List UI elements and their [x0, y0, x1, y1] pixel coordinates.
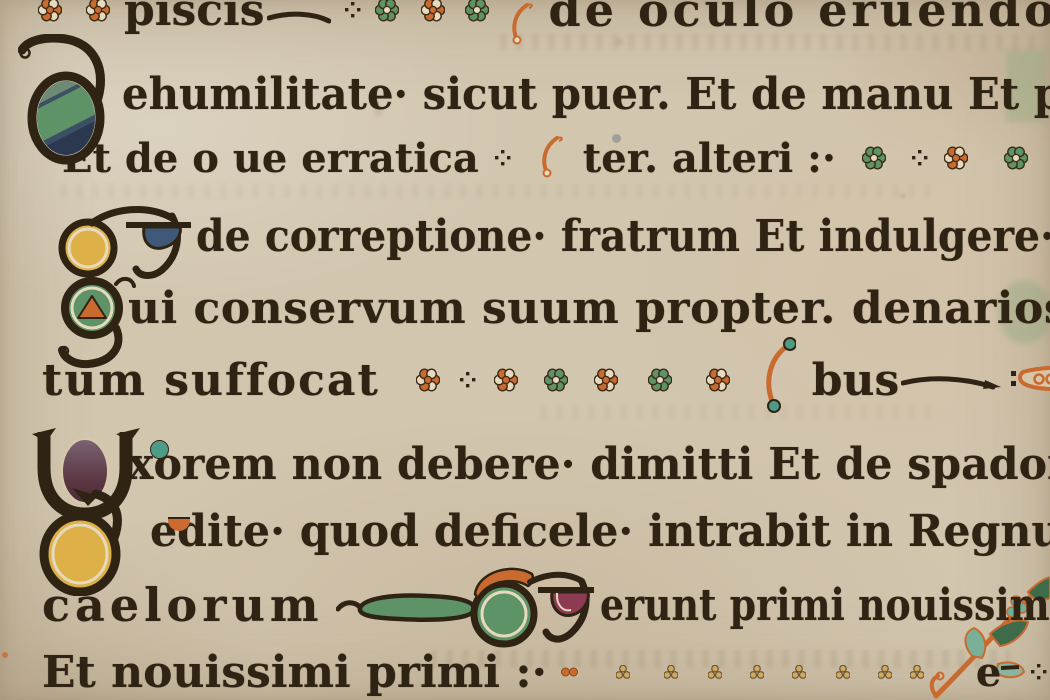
- turn-flourish-icon: [537, 134, 563, 178]
- trefoil-dots-icon: [616, 665, 630, 679]
- line5-text: ui conservum suum propter. denarios cen: [128, 283, 1050, 334]
- trefoil-dots-icon: [878, 665, 892, 679]
- text-line-5: ui conservum suum propter. denarios cen: [128, 272, 1050, 344]
- illuminated-initial-d: D: [18, 34, 118, 169]
- line7-text: xorem non debere· dimitti Et de spadoni: [128, 439, 1050, 490]
- illuminated-initial-et: Et: [468, 560, 596, 654]
- rosette-orange-icon: [944, 146, 968, 170]
- turn-flourish-icon: [507, 1, 533, 45]
- rosette-orange-icon: [416, 368, 440, 392]
- rosette-orange-icon: [86, 0, 110, 22]
- svg-text:Et: Et: [58, 198, 77, 202]
- quad-dots-icon: [345, 2, 361, 18]
- manuscript-page: piscis de oculo eruendo D ehumilitate· s…: [0, 0, 1050, 700]
- bus-flourish-icon: [760, 336, 796, 414]
- line10-text: Et nouissimi primi :·: [42, 647, 547, 698]
- green-link-ornament-icon: [336, 589, 486, 625]
- double-dot-orange-icon: [561, 667, 578, 677]
- text-line-6: tum suffocat bus: [42, 348, 1050, 412]
- rosette-orange-icon: [594, 368, 618, 392]
- quad-dots-icon: [912, 150, 928, 166]
- teal-dot-ornament: [150, 440, 169, 459]
- e-dash-icon: [1001, 664, 1021, 672]
- quad-dots-icon: [495, 150, 511, 166]
- word-tail-swash-icon: [901, 374, 1001, 394]
- line10-marginal-letter: e: [976, 649, 1001, 696]
- trefoil-dots-icon: [750, 665, 764, 679]
- rosette-green-icon: [375, 0, 399, 22]
- trefoil-dots-icon: [708, 665, 722, 679]
- line4-text: de correptione· fratrum Et indulgere· al: [196, 211, 1050, 262]
- quad-dots-icon: [460, 372, 476, 388]
- rosette-green-icon: [862, 146, 886, 170]
- ink-speck: [2, 652, 8, 658]
- trefoil-dots-icon: [664, 665, 678, 679]
- svg-text:Q: Q: [50, 270, 63, 274]
- line9-text: erunt primi nouissimi: [600, 580, 1050, 631]
- rosette-orange-icon: [706, 368, 730, 392]
- rosette-orange-icon: [421, 0, 445, 22]
- scroll-ribbon-icon: [1009, 359, 1050, 401]
- line3-text: Et de o ue erratica: [62, 135, 479, 182]
- text-line-1: piscis de oculo eruendo: [0, 0, 1050, 36]
- word-piscis: piscis: [124, 0, 265, 36]
- text-line-8: edite· quod deficele· intrabit in Regnum: [150, 494, 1050, 568]
- illuminated-initial-d: D: [28, 488, 143, 596]
- word-tail-swash-icon: [267, 9, 331, 25]
- text-line-7: xorem non debere· dimitti Et de spadoni: [128, 428, 1050, 500]
- svg-text:Et: Et: [468, 560, 487, 564]
- line1-text: de oculo eruendo: [549, 0, 1050, 37]
- quad-dots-icon: [1031, 664, 1047, 680]
- trefoil-dots-icon: [910, 665, 924, 679]
- line3-runover: ter. alteri :·: [583, 135, 836, 182]
- svg-text:D: D: [28, 488, 41, 492]
- rosette-orange-icon: [494, 368, 518, 392]
- text-line-3: Et de o ue erratica ter. alteri :·: [62, 128, 1028, 188]
- rosette-green-icon: [465, 0, 489, 22]
- illuminated-initial-q: Q: [50, 270, 142, 370]
- svg-text:U: U: [30, 426, 43, 430]
- line2-text: ehumilitate· sicut puer. Et de manu Et p…: [122, 69, 1050, 120]
- line8-text: edite· quod deficele· intrabit in Regnum: [150, 506, 1050, 557]
- line6-runover: bus: [812, 355, 900, 406]
- rosette-green-icon: [648, 368, 672, 392]
- rosette-orange-icon: [38, 0, 62, 22]
- rosette-green-icon: [1004, 146, 1028, 170]
- text-line-4: de correptione· fratrum Et indulgere· al: [196, 200, 1050, 272]
- trefoil-dots-icon: [836, 665, 850, 679]
- text-line-9-right: erunt primi nouissimi: [600, 570, 1050, 640]
- trefoil-dots-icon: [792, 665, 806, 679]
- text-line-2: ehumilitate· sicut puer. Et de manu Et p…: [122, 56, 1050, 132]
- rosette-green-icon: [544, 368, 568, 392]
- svg-text:D: D: [18, 34, 31, 38]
